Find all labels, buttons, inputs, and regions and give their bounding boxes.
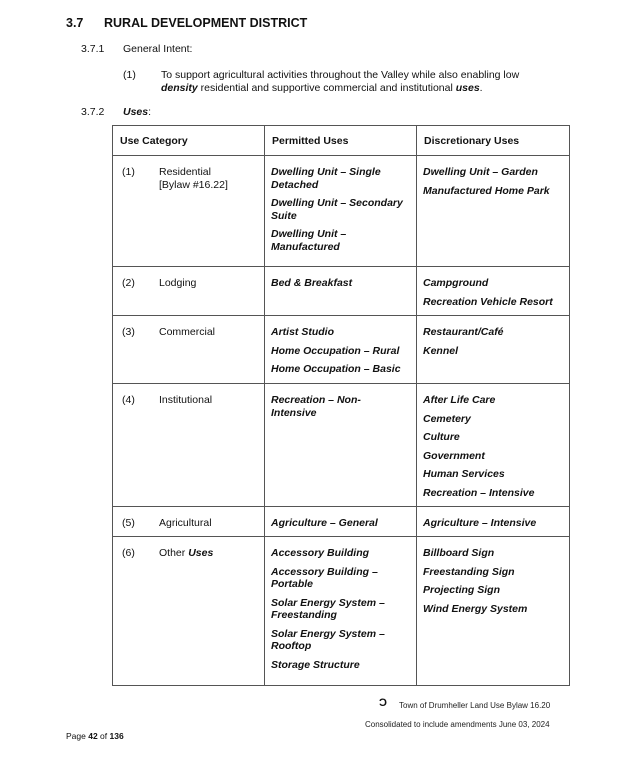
discretionary-uses-list: Billboard SignFreestanding SignProjectin… [417, 537, 569, 615]
use-item: Government [423, 450, 562, 463]
use-item: Solar Energy System – Rooftop [271, 628, 403, 653]
category-label: Institutional [159, 394, 212, 407]
header-permitted-uses: Permitted Uses [265, 126, 417, 156]
category-name: Agricultural [159, 517, 212, 529]
use-category-cell: (5)Agricultural [113, 507, 265, 537]
section-number: 3.7 [66, 16, 83, 30]
table-row: (2)LodgingBed & BreakfastCampgroundRecre… [113, 267, 570, 316]
category-name: Residential [159, 166, 211, 178]
category-name: Commercial [159, 326, 215, 338]
use-item: Recreation Vehicle Resort [423, 296, 562, 309]
permitted-uses-cell: Accessory BuildingAccessory Building – P… [265, 537, 417, 686]
table-row: (1)Residential[Bylaw #16.22]Dwelling Uni… [113, 156, 570, 267]
defined-term-uses: uses [456, 82, 480, 94]
use-item: Bed & Breakfast [271, 277, 403, 290]
permitted-uses-list: Artist StudioHome Occupation – RuralHome… [265, 316, 416, 376]
discretionary-uses-cell: After Life CareCemeteryCultureGovernment… [417, 384, 570, 507]
subsection-number: 3.7.1 [81, 43, 104, 55]
category-label: Agricultural [159, 517, 212, 530]
footer-bylaw: Town of Drumheller Land Use Bylaw 16.20 [399, 701, 550, 710]
drumheller-logo-icon: Ɔ [379, 697, 387, 709]
permitted-uses-cell: Agriculture – General [265, 507, 417, 537]
permitted-uses-list: Bed & Breakfast [265, 267, 416, 290]
defined-term-uses: Uses [123, 106, 148, 118]
subsection-title: General Intent: [123, 43, 192, 55]
permitted-uses-list: Agriculture – General [265, 507, 416, 530]
discretionary-uses-list: Restaurant/CaféKennel [417, 316, 569, 357]
use-item: Kennel [423, 345, 562, 358]
discretionary-uses-cell: Restaurant/CaféKennel [417, 316, 570, 384]
use-category-cell: (3)Commercial [113, 316, 265, 384]
defined-term-density: density [161, 82, 198, 94]
table-row: (4)InstitutionalRecreation – Non-Intensi… [113, 384, 570, 507]
section-title: RURAL DEVELOPMENT DISTRICT [104, 16, 307, 30]
discretionary-uses-cell: Billboard SignFreestanding SignProjectin… [417, 537, 570, 686]
use-item: Restaurant/Café [423, 326, 562, 339]
category-number: (6) [122, 547, 135, 559]
use-item: Agriculture – General [271, 517, 403, 530]
category-label: Other Uses [159, 547, 213, 560]
discretionary-uses-cell: Dwelling Unit – GardenManufactured Home … [417, 156, 570, 267]
permitted-uses-cell: Bed & Breakfast [265, 267, 417, 316]
use-item: Dwelling Unit – Secondary Suite [271, 197, 403, 222]
defined-term-uses: Uses [188, 547, 213, 559]
use-item: Projecting Sign [423, 584, 562, 597]
use-category-cell: (1)Residential[Bylaw #16.22] [113, 156, 265, 267]
use-item: Campground [423, 277, 562, 290]
subsection-number: 3.7.2 [81, 106, 104, 118]
subsection-title: Uses: [123, 106, 151, 118]
header-discretionary-uses: Discretionary Uses [417, 126, 570, 156]
use-item: Storage Structure [271, 659, 403, 672]
intent-text-part: To support agricultural activities throu… [161, 69, 519, 81]
use-item: Recreation – Non-Intensive [271, 394, 403, 419]
uses-table: Use Category Permitted Uses Discretionar… [112, 125, 570, 686]
page-number: Page 42 of 136 [66, 731, 124, 741]
use-item: Home Occupation – Basic [271, 363, 403, 376]
header-use-category: Use Category [113, 126, 265, 156]
use-item: Culture [423, 431, 562, 444]
footer-consolidated: Consolidated to include amendments June … [365, 720, 550, 729]
permitted-uses-list: Dwelling Unit – Single DetachedDwelling … [265, 156, 416, 253]
use-item: Accessory Building [271, 547, 403, 560]
category-number: (5) [122, 517, 135, 529]
category-number: (2) [122, 277, 135, 289]
use-item: Freestanding Sign [423, 566, 562, 579]
table-header-row: Use Category Permitted Uses Discretionar… [113, 126, 570, 156]
use-item: Dwelling Unit – Garden [423, 166, 562, 179]
page-total: 136 [110, 731, 124, 741]
use-category-cell: (2)Lodging [113, 267, 265, 316]
bylaw-amendment-note: [Bylaw #16.22] [159, 179, 228, 191]
use-item: Dwelling Unit – Single Detached [271, 166, 403, 191]
category-name: Lodging [159, 277, 196, 289]
discretionary-uses-cell: Agriculture – Intensive [417, 507, 570, 537]
category-label: Commercial [159, 326, 215, 339]
use-item: Recreation – Intensive [423, 487, 562, 500]
use-category-cell: (6)Other Uses [113, 537, 265, 686]
permitted-uses-cell: Artist StudioHome Occupation – RuralHome… [265, 316, 417, 384]
table-row: (5)AgriculturalAgriculture – GeneralAgri… [113, 507, 570, 537]
category-number: (1) [122, 166, 135, 178]
use-item: Dwelling Unit – Manufactured [271, 228, 403, 253]
page-mid: of [98, 731, 110, 741]
use-item: Manufactured Home Park [423, 185, 562, 198]
use-item: After Life Care [423, 394, 562, 407]
use-item: Wind Energy System [423, 603, 562, 616]
use-item: Accessory Building – Portable [271, 566, 403, 591]
category-number: (3) [122, 326, 135, 338]
discretionary-uses-cell: CampgroundRecreation Vehicle Resort [417, 267, 570, 316]
category-label: Residential[Bylaw #16.22] [159, 166, 228, 191]
discretionary-uses-list: CampgroundRecreation Vehicle Resort [417, 267, 569, 308]
page-current: 42 [88, 731, 97, 741]
category-name: Other [159, 547, 185, 559]
permitted-uses-list: Recreation – Non-Intensive [265, 384, 416, 419]
intent-text-part: . [480, 82, 483, 94]
permitted-uses-cell: Dwelling Unit – Single DetachedDwelling … [265, 156, 417, 267]
page-prefix: Page [66, 731, 88, 741]
discretionary-uses-list: Dwelling Unit – GardenManufactured Home … [417, 156, 569, 197]
permitted-uses-list: Accessory BuildingAccessory Building – P… [265, 537, 416, 671]
title-suffix: : [148, 106, 151, 118]
use-item: Home Occupation – Rural [271, 345, 403, 358]
intent-item-number: (1) [123, 69, 136, 81]
use-item: Billboard Sign [423, 547, 562, 560]
use-item: Solar Energy System – Freestanding [271, 597, 403, 622]
category-label: Lodging [159, 277, 196, 290]
table-row: (3)CommercialArtist StudioHome Occupatio… [113, 316, 570, 384]
use-item: Human Services [423, 468, 562, 481]
category-number: (4) [122, 394, 135, 406]
use-category-cell: (4)Institutional [113, 384, 265, 507]
intent-item-text: To support agricultural activities throu… [161, 69, 561, 94]
permitted-uses-cell: Recreation – Non-Intensive [265, 384, 417, 507]
use-item: Agriculture – Intensive [423, 517, 562, 530]
table-row: (6)Other UsesAccessory BuildingAccessory… [113, 537, 570, 686]
use-item: Artist Studio [271, 326, 403, 339]
discretionary-uses-list: Agriculture – Intensive [417, 507, 569, 530]
discretionary-uses-list: After Life CareCemeteryCultureGovernment… [417, 384, 569, 499]
intent-text-part: residential and supportive commercial an… [198, 82, 456, 94]
use-item: Cemetery [423, 413, 562, 426]
category-name: Institutional [159, 394, 212, 406]
